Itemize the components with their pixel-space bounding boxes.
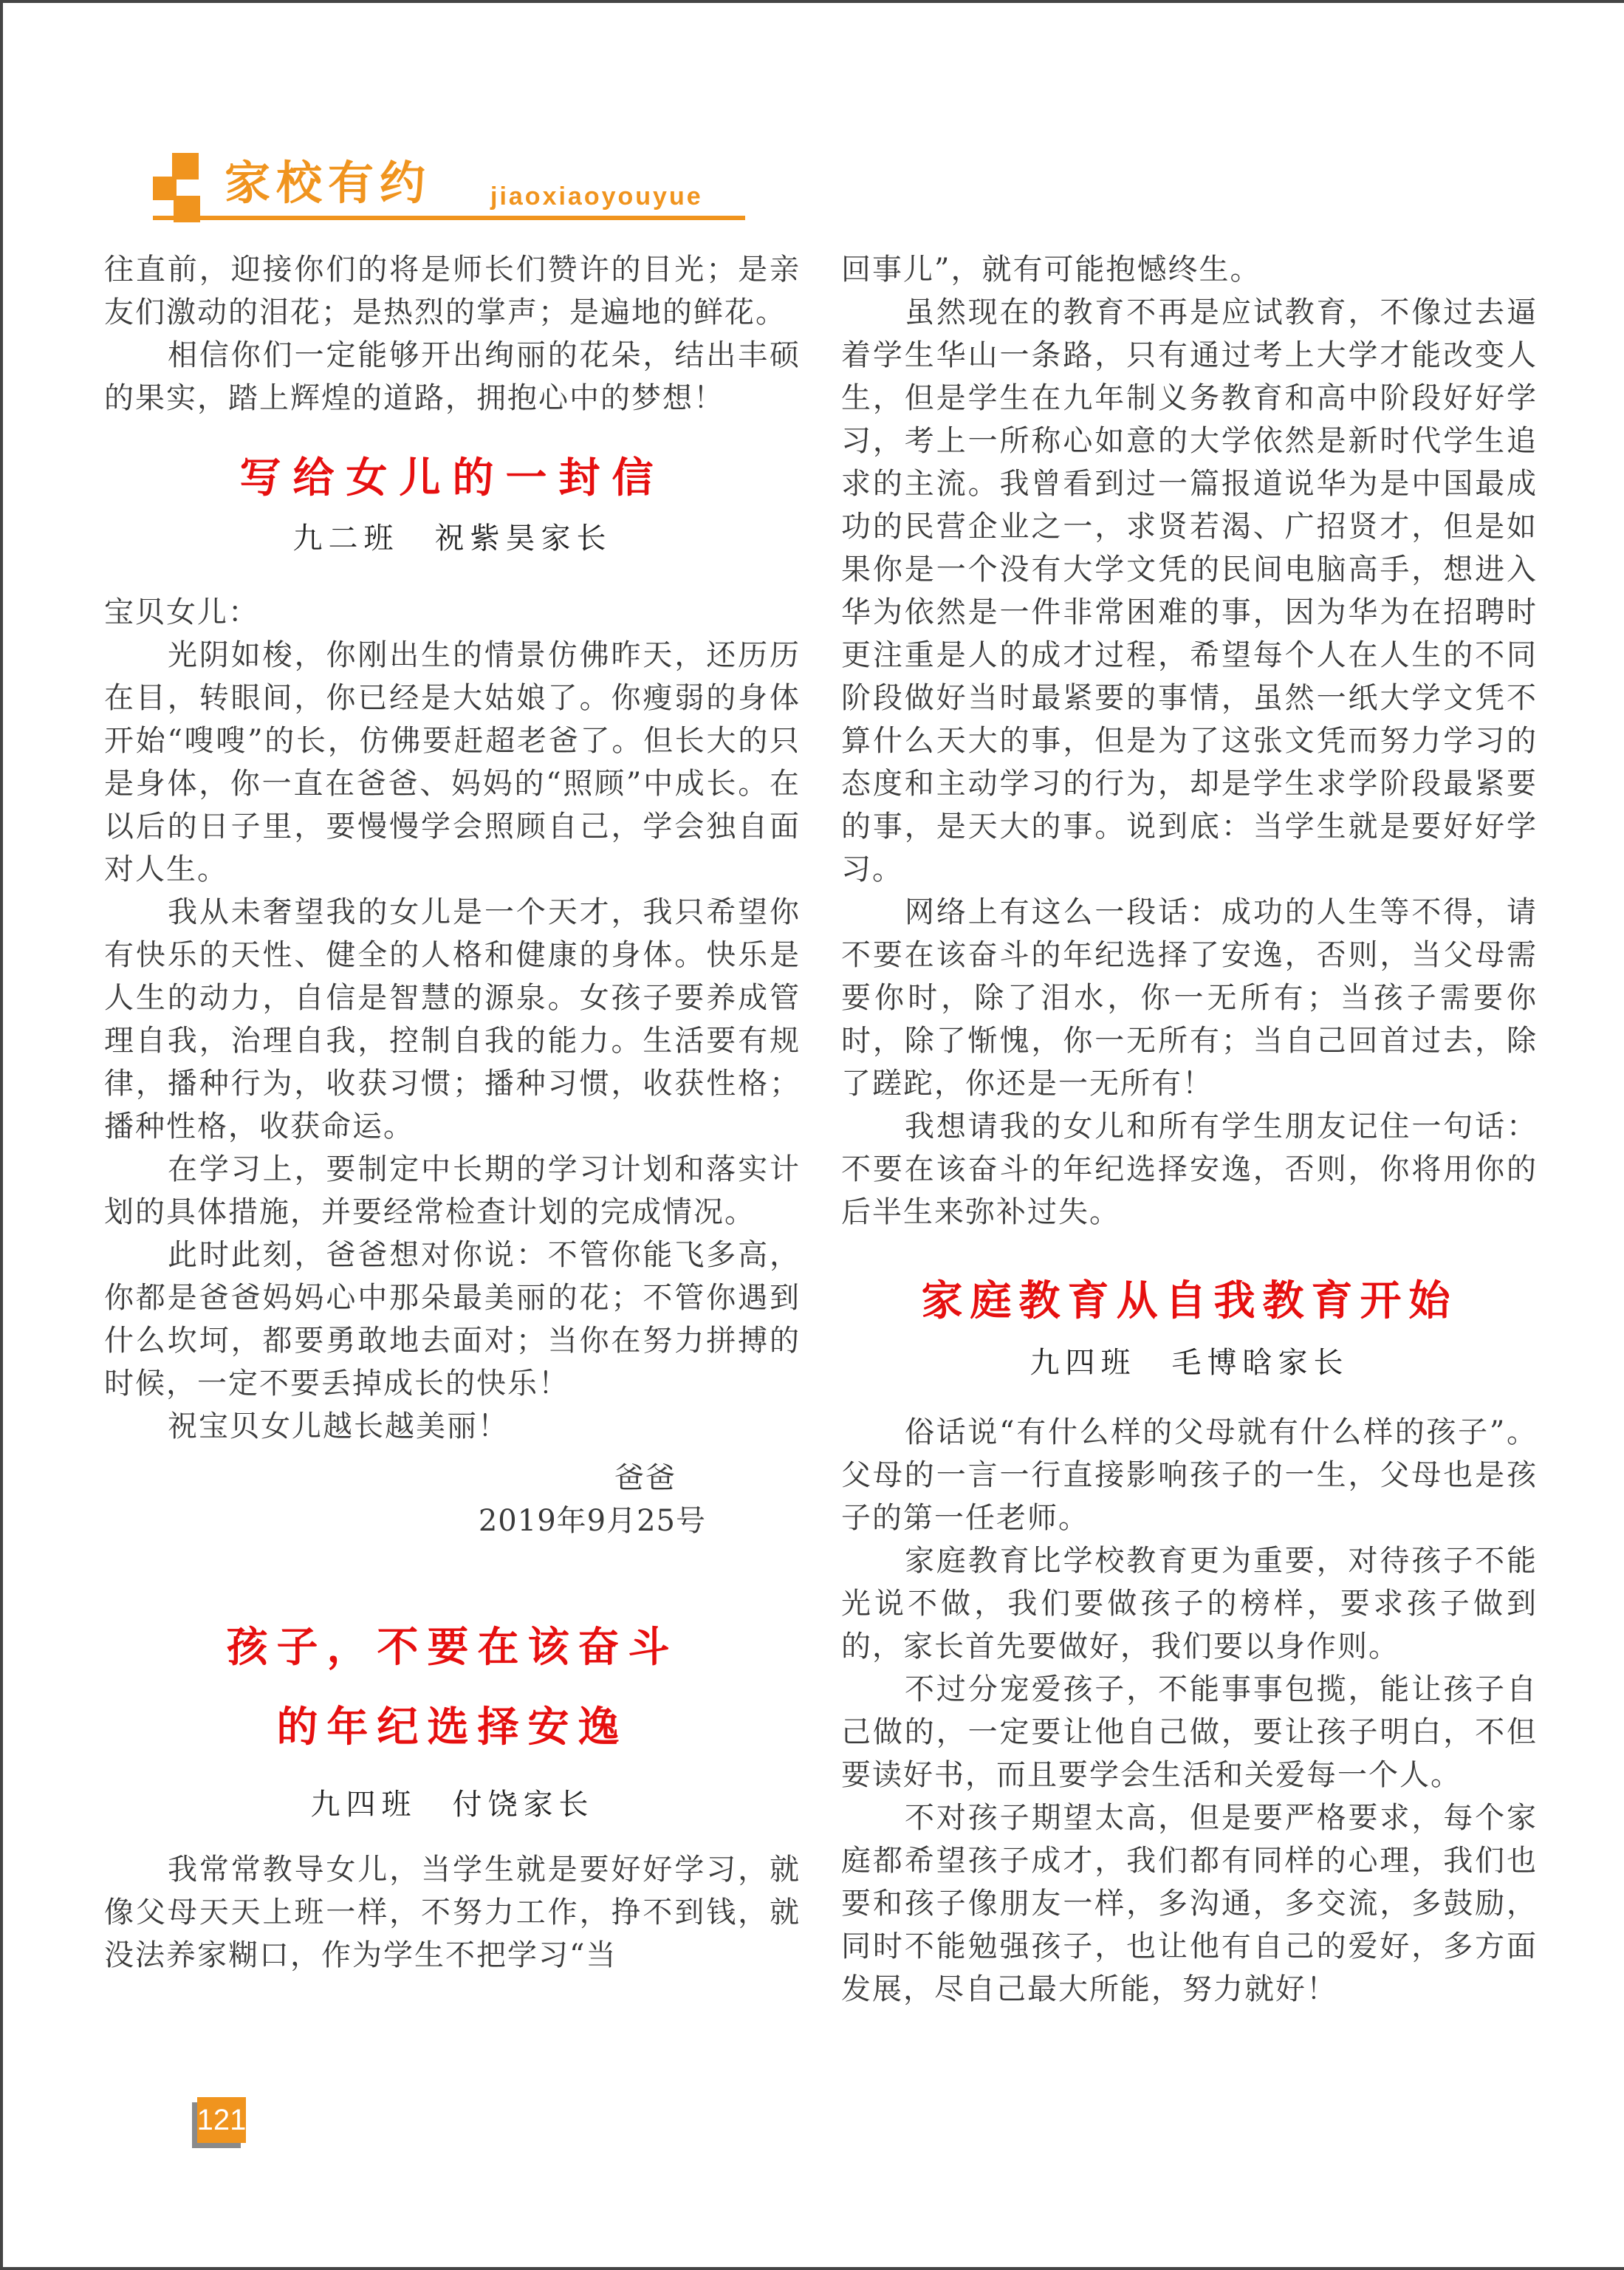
paragraph: 光阴如梭，你刚出生的情景仿佛昨天，还历历在目，转眼间，你已经是大姑娘了。你瘦弱的… (104, 634, 801, 891)
article-title-line2: 的年纪选择安逸 (277, 1703, 628, 1751)
paragraph: 我常常教导女儿，当学生就是要好好学习，就像父母天天上班一样，不努力工作，挣不到钱… (104, 1848, 801, 1977)
paragraph: 此时此刻，爸爸想对你说：不管你能飞多高，你都是爸爸妈妈心中那朵最美丽的花；不管你… (104, 1234, 801, 1405)
paragraph: 祝宝贝女儿越长越美丽！ (104, 1405, 801, 1448)
paragraph: 我想请我的女儿和所有学生朋友记住一句话：不要在该奋斗的年纪选择安逸，否则，你将用… (841, 1105, 1538, 1234)
paragraph: 相信你们一定能够开出绚丽的花朵，结出丰硕的果实，踏上辉煌的道路，拥抱心中的梦想！ (104, 334, 801, 420)
paragraph: 我从未奢望我的女儿是一个天才，我只希望你有快乐的天性、健全的人格和健康的身体。快… (104, 891, 801, 1148)
logo-square-top (172, 153, 199, 180)
paragraph: 回事儿”，就有可能抱憾终生。 (841, 248, 1538, 291)
paragraph: 不对孩子期望太高，但是要严格要求，每个家庭都希望孩子成才，我们都有同样的心理，我… (841, 1796, 1538, 2011)
logo-squares-icon (153, 153, 200, 222)
header-rule (153, 216, 745, 220)
letter-date: 2019年9月25号 (104, 1500, 801, 1542)
paragraph: 虽然现在的教育不再是应试教育，不像过去逼着学生华山一条路，只有通过考上大学才能改… (841, 291, 1538, 891)
article-byline: 九二班 祝紫昊家长 (104, 520, 801, 557)
article-title: 家庭教育从自我教育开始 (841, 1275, 1538, 1327)
article-byline: 九四班 付饶家长 (104, 1786, 801, 1823)
letter-salutation: 宝贝女儿： (104, 591, 801, 634)
left-column: 往直前，迎接你们的将是师长们赞许的目光；是亲友们激动的泪花；是热烈的掌声；是遍地… (104, 248, 801, 1977)
paragraph: 在学习上，要制定中长期的学习计划和落实计划的具体措施，并要经常检查计划的完成情况… (104, 1148, 801, 1234)
right-column: 回事儿”，就有可能抱憾终生。 虽然现在的教育不再是应试教育，不像过去逼着学生华山… (841, 248, 1538, 2011)
paragraph: 俗话说“有什么样的父母就有什么样的孩子”。父母的一言一行直接影响孩子的一生，父母… (841, 1411, 1538, 1539)
section-title: 家校有约 (225, 154, 431, 213)
article-title-line1: 孩子，不要在该奋斗 (227, 1623, 679, 1672)
paragraph: 往直前，迎接你们的将是师长们赞许的目光；是亲友们激动的泪花；是热烈的掌声；是遍地… (104, 248, 801, 334)
page-number: 121 (197, 2097, 246, 2143)
paragraph: 家庭教育比学校教育更为重要，对待孩子不能光说不做，我们要做孩子的榜样，要求孩子做… (841, 1539, 1538, 1668)
magazine-page: 家校有约 jiaoxiaoyouyue 往直前，迎接你们的将是师长们赞许的目光；… (0, 0, 1624, 2270)
paragraph: 不过分宠爱孩子，不能事事包揽，能让孩子自己做的，一定要让他自己做，要让孩子明白，… (841, 1668, 1538, 1796)
paragraph: 网络上有这么一段话：成功的人生等不得，请不要在该奋斗的年纪选择了安逸，否则，当父… (841, 891, 1538, 1105)
article-byline: 九四班 毛博晗家长 (841, 1344, 1538, 1381)
section-title-pinyin: jiaoxiaoyouyue (490, 180, 703, 213)
article-title: 写给女儿的一封信 (104, 452, 801, 504)
article-title: 孩子，不要在该奋斗 的年纪选择安逸 (104, 1607, 801, 1767)
letter-signature: 爸爸 (104, 1457, 801, 1500)
